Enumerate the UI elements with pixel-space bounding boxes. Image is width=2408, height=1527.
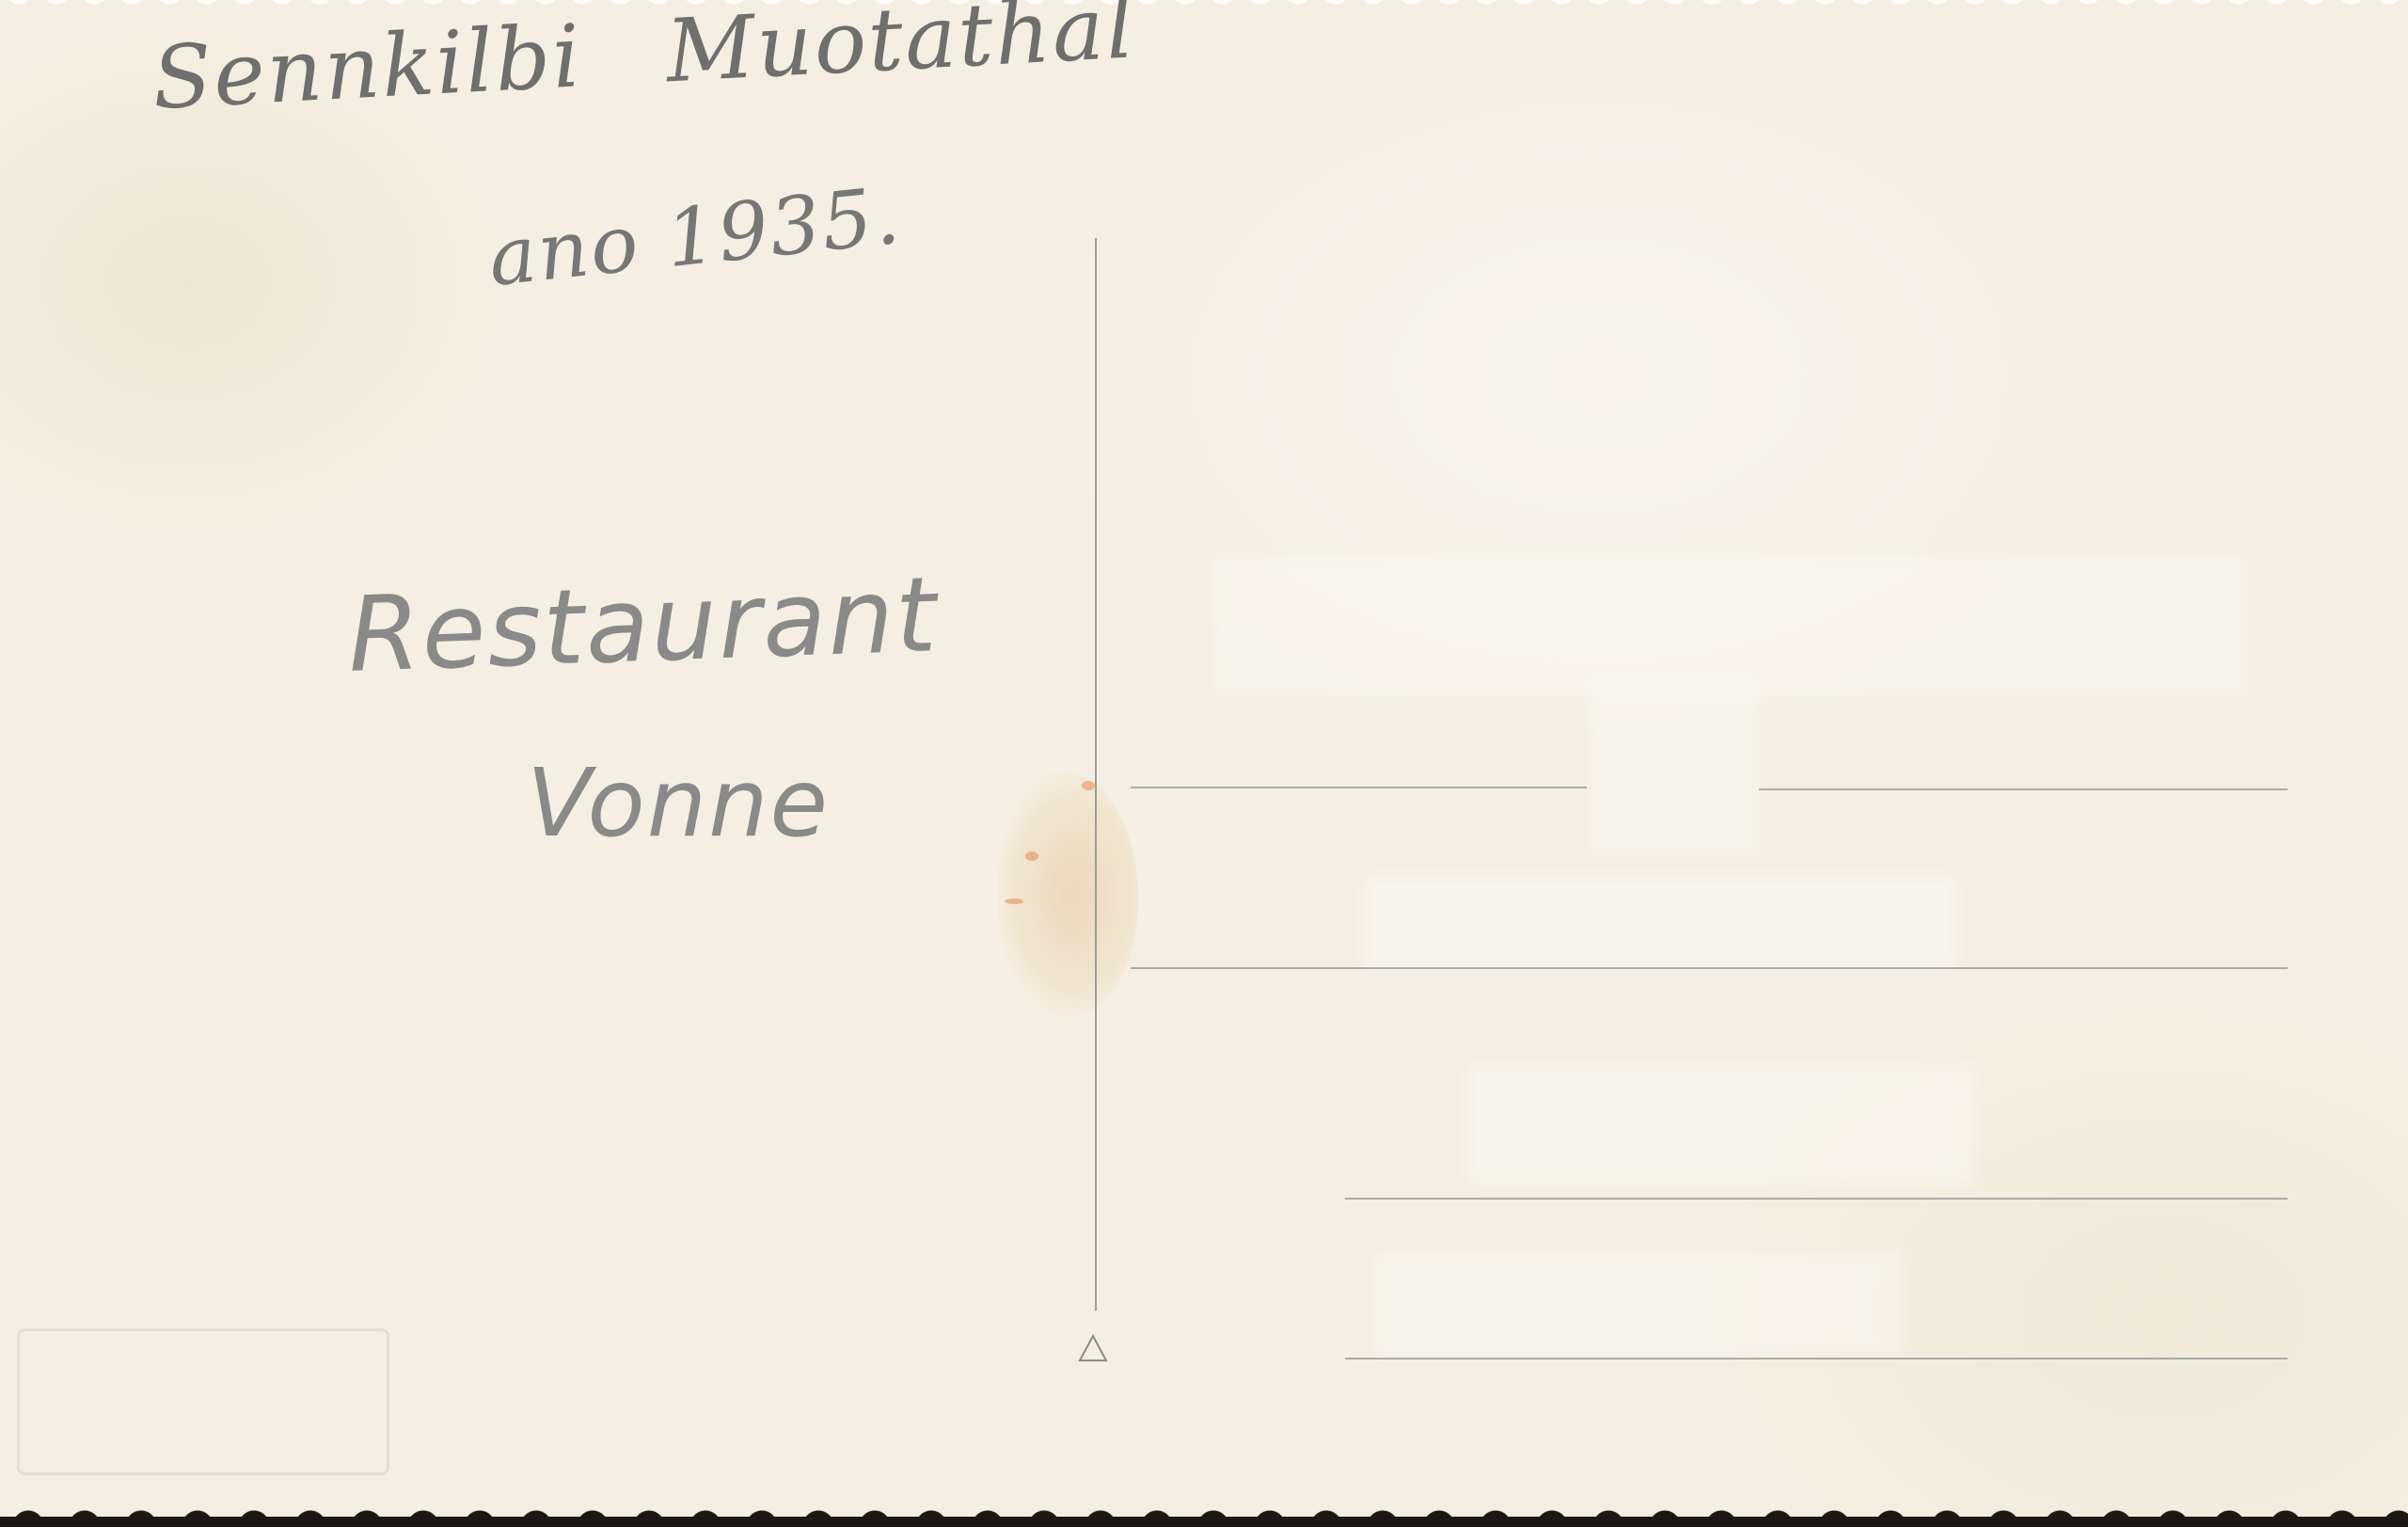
- handwritten-restaurant: Restaurant: [346, 554, 940, 695]
- handwritten-name: Vonne: [527, 748, 830, 858]
- faded-publisher-stamp: [17, 1328, 389, 1475]
- redacted-area: [1373, 1251, 1900, 1355]
- address-line-4: [1345, 1358, 2288, 1360]
- stain: [997, 771, 1138, 1016]
- handwritten-word-sennkilbi: Sennkilbi: [150, 6, 584, 129]
- triangle-icon: [1078, 1334, 1108, 1362]
- redacted-area: [1467, 1063, 1975, 1185]
- handwritten-year: ano 1935.: [484, 169, 906, 304]
- address-line-1b: [1759, 788, 2288, 790]
- handwritten-title: SennkilbiMuotathal: [150, 0, 1222, 129]
- address-line-1a: [1131, 787, 1587, 788]
- redacted-area: [1364, 875, 1956, 969]
- address-line-2: [1131, 967, 2288, 969]
- redacted-area: [1213, 555, 2248, 696]
- stain-spot: [1025, 851, 1038, 861]
- stain-spot: [1005, 899, 1023, 904]
- postcard-back: SennkilbiMuotathal ano 1935. Restaurant …: [0, 0, 2408, 1517]
- stain-spot: [1082, 781, 1095, 790]
- redacted-area: [1590, 677, 1759, 856]
- deckled-bottom-edge: [0, 1505, 2408, 1527]
- handwritten-word-muotathal: Muotathal: [664, 0, 1138, 102]
- center-divider-line: [1095, 238, 1097, 1311]
- address-line-3: [1345, 1198, 2288, 1200]
